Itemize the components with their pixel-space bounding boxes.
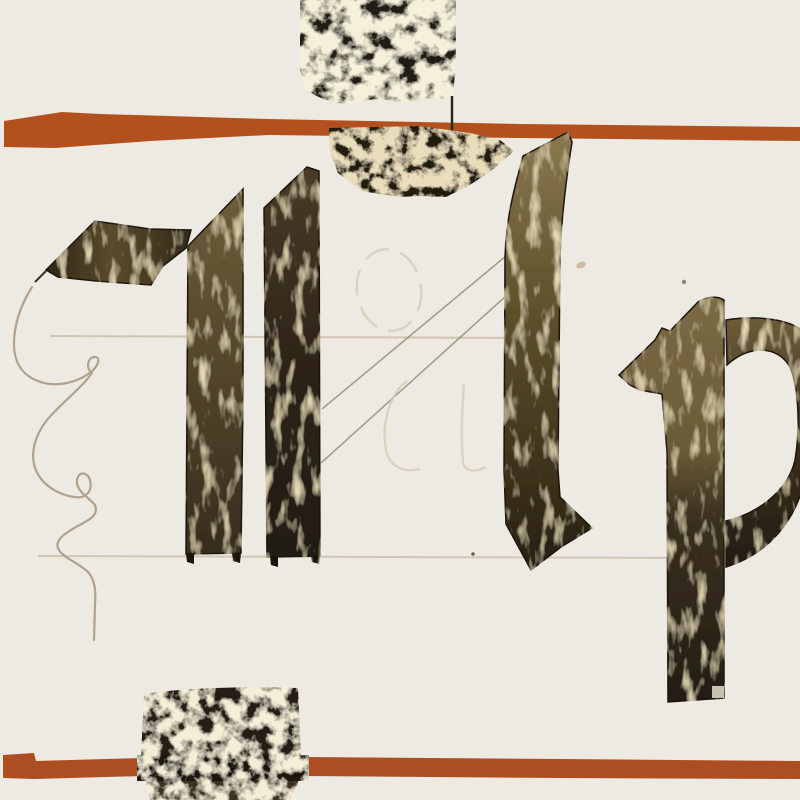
lower-letter-fragment-band (137, 755, 309, 781)
upper-letter-fragment-shape (300, 0, 456, 104)
upper-letter-fragment (300, 0, 456, 104)
lower-letter-fragment-upper (141, 687, 301, 757)
ink-speck-2 (471, 552, 475, 556)
left-minim-1-shape (186, 189, 243, 554)
left-minim-2 (264, 167, 320, 567)
letter-p-stem-flake-notch (712, 686, 724, 698)
manuscript-photo (0, 0, 800, 800)
manuscript-canvas (0, 0, 800, 800)
lower-letter-fragment-lower (146, 781, 298, 800)
left-minim-1 (186, 189, 243, 564)
ink-speck-1 (682, 280, 686, 284)
lower-letter-fragment (137, 687, 309, 800)
left-minim-2-shape (264, 167, 320, 557)
